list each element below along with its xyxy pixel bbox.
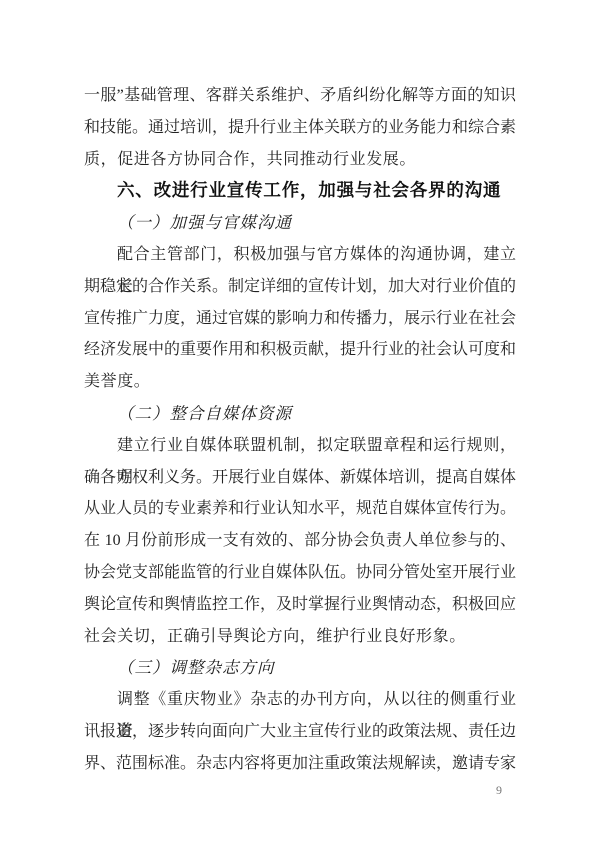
page-content: 一服”基础管理、客群关系维护、矛盾纠纷化解等方面的知识和技能。通过培训，提升行业…	[84, 80, 516, 780]
text-line: （二）整合自媒体资源	[84, 398, 516, 430]
text-line: 社会关切，正确引导舆论方向，维护行业良好形象。	[84, 621, 516, 653]
text-line: 美誉度。	[84, 366, 516, 398]
paragraph: 一服”基础管理、客群关系维护、矛盾纠纷化解等方面的知识和技能。通过培训，提升行业…	[84, 80, 516, 175]
section-heading: 六、改进行业宣传工作，加强与社会各界的沟通	[84, 175, 516, 207]
text-line: 宣传推广力度，通过官媒的影响力和传播力，展示行业在社会	[84, 303, 516, 335]
subsection-heading: （三）调整杂志方向	[84, 652, 516, 684]
text-line: 舆论宣传和舆情监控工作，及时掌握行业舆情动态，积极回应	[84, 589, 516, 621]
text-line: （三）调整杂志方向	[84, 652, 516, 684]
text-line: 建立行业自媒体联盟机制，拟定联盟章程和运行规则，明	[84, 430, 516, 462]
paragraph: 配合主管部门，积极加强与官方媒体的沟通协调，建立长期稳定的合作关系。制定详细的宣…	[84, 239, 516, 398]
text-line: 协会党支部能监管的行业自媒体队伍。协同分管处室开展行业	[84, 557, 516, 589]
text-line: 确各方权利义务。开展行业自媒体、新媒体培训，提高自媒体	[84, 462, 516, 494]
text-line: 在 10 月份前形成一支有效的、部分协会负责人单位参与的、	[84, 525, 516, 557]
text-line: 配合主管部门，积极加强与官方媒体的沟通协调，建立长	[84, 239, 516, 271]
paragraph: 调整《重庆物业》杂志的办刊方向，从以往的侧重行业资讯报道，逐步转向面向广大业主宣…	[84, 684, 516, 779]
text-line: 讯报道，逐步转向面向广大业主宣传行业的政策法规、责任边	[84, 716, 516, 748]
text-line: 和技能。通过培训，提升行业主体关联方的业务能力和综合素	[84, 112, 516, 144]
page-number: 9	[492, 782, 506, 798]
text-line: 从业人员的专业素养和行业认知水平，规范自媒体宣传行为。	[84, 493, 516, 525]
subsection-heading: （一）加强与官媒沟通	[84, 207, 516, 239]
text-line: （一）加强与官媒沟通	[84, 207, 516, 239]
text-line: 经济发展中的重要作用和积极贡献，提升行业的社会认可度和	[84, 334, 516, 366]
text-line: 质，促进各方协同合作，共同推动行业发展。	[84, 144, 516, 176]
text-line: 六、改进行业宣传工作，加强与社会各界的沟通	[84, 175, 516, 207]
document-page: 一服”基础管理、客群关系维护、矛盾纠纷化解等方面的知识和技能。通过培训，提升行业…	[0, 0, 600, 849]
paragraph: 建立行业自媒体联盟机制，拟定联盟章程和运行规则，明确各方权利义务。开展行业自媒体…	[84, 430, 516, 653]
text-line: 界、范围标准。杂志内容将更加注重政策法规解读，邀请专家	[84, 748, 516, 780]
text-line: 期稳定的合作关系。制定详细的宣传计划，加大对行业价值的	[84, 271, 516, 303]
text-line: 一服”基础管理、客群关系维护、矛盾纠纷化解等方面的知识	[84, 80, 516, 112]
subsection-heading: （二）整合自媒体资源	[84, 398, 516, 430]
text-line: 调整《重庆物业》杂志的办刊方向，从以往的侧重行业资	[84, 684, 516, 716]
